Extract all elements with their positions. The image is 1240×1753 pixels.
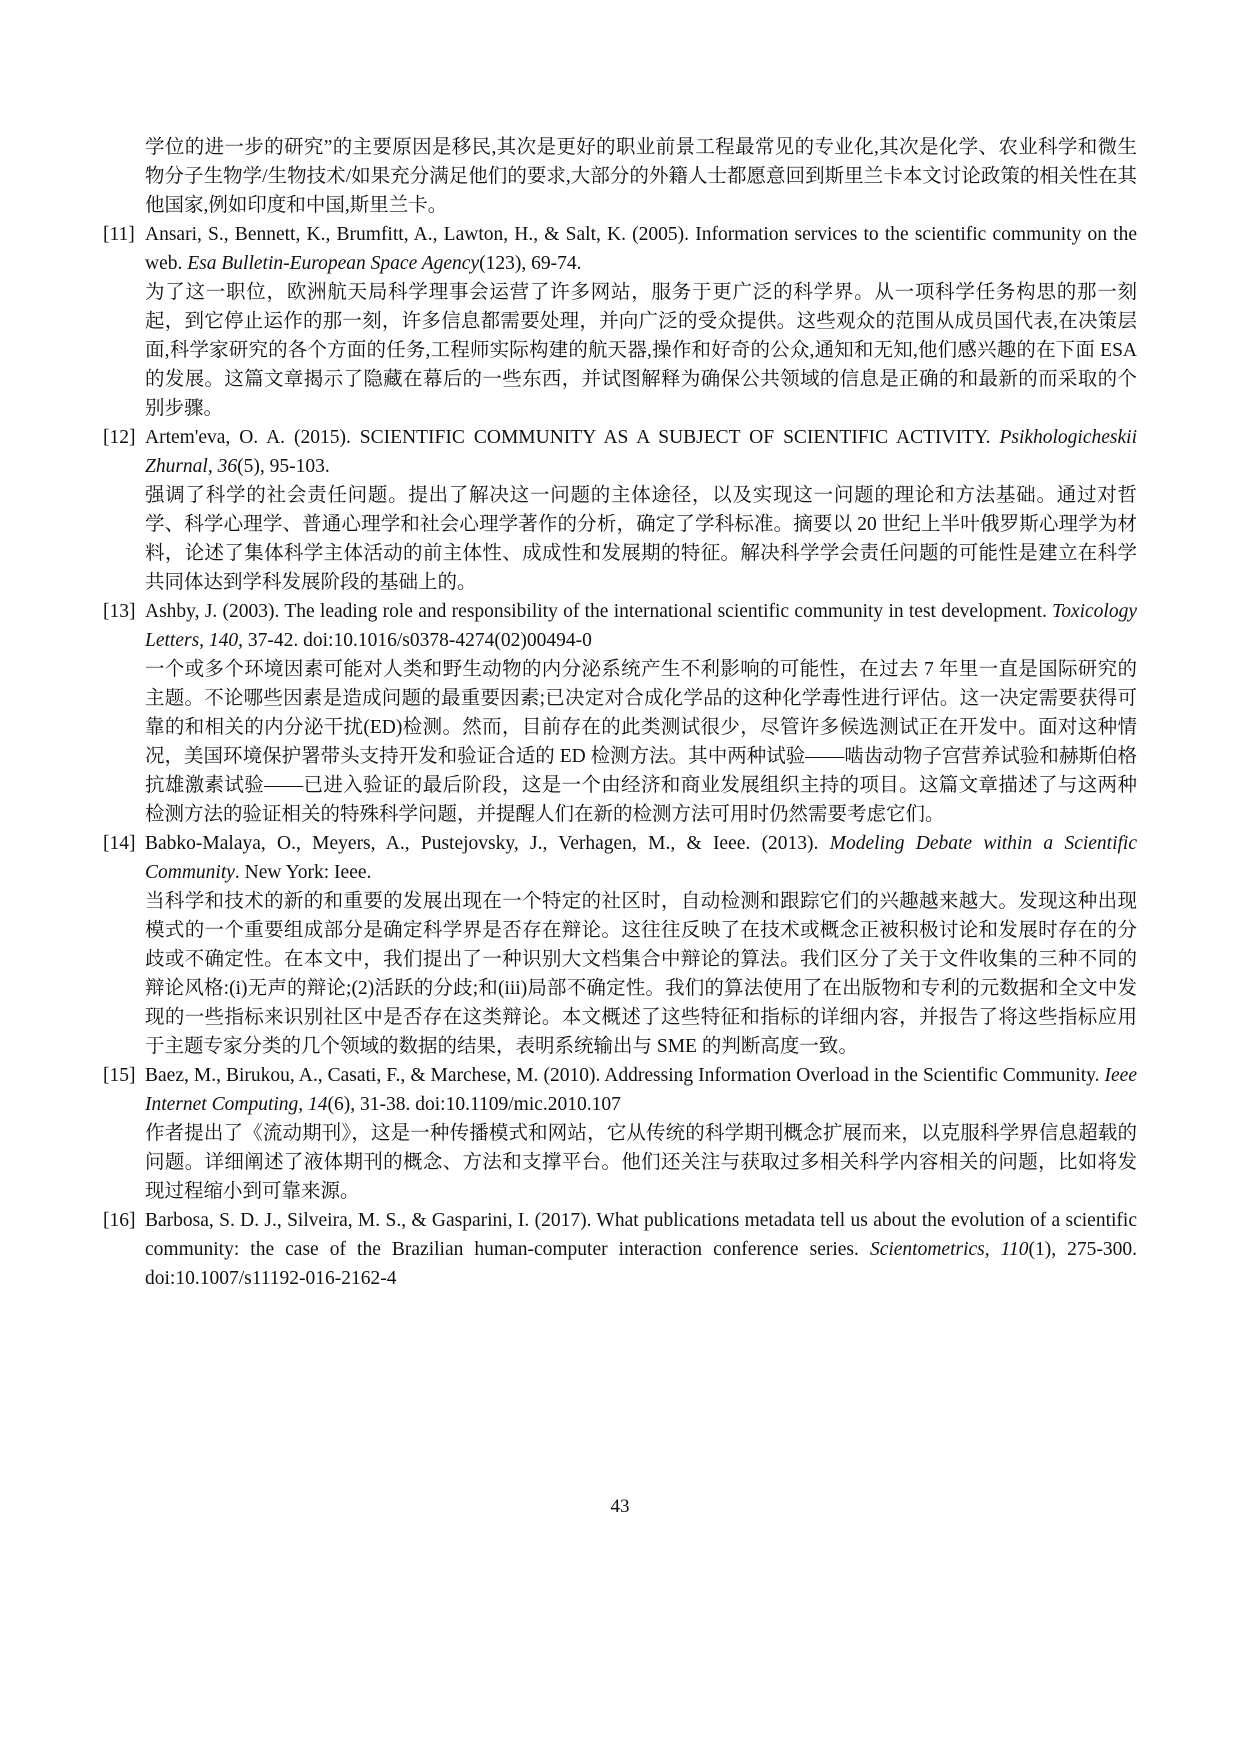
citation-text: Artem'eva, O. A. (2015). SCIENTIFIC COMM… [145,427,999,448]
citation-journal: Scientometrics, 110 [870,1239,1029,1260]
document-page: 学位的进一步的研究”的主要原因是移民,其次是更好的职业前景工程最常见的专业化,其… [103,133,1137,1293]
annotation-text: 一个或多个环境因素可能对人类和野生动物的内分泌系统产生不利影响的可能性，在过去 … [145,655,1137,829]
citation-journal: Esa Bulletin-European Space Agency [187,253,479,274]
citation-tail: (123), 69-74. [479,253,581,274]
reference-entry: [14]Babko-Malaya, O., Meyers, A., Pustej… [103,829,1137,887]
citation-tail: (6), 31-38. doi:10.1109/mic.2010.107 [328,1094,621,1115]
annotation-text: 当科学和技术的新的和重要的发展出现在一个特定的社区时，自动检测和跟踪它们的兴趣越… [145,887,1137,1061]
reference-number: [11] [103,220,145,249]
citation-text: Baez, M., Birukou, A., Casati, F., & Mar… [145,1065,1105,1086]
reference-entry: [11]Ansari, S., Bennett, K., Brumfitt, A… [103,220,1137,278]
annotation-text: 作者提出了《流动期刊》，这是一种传播模式和网站，它从传统的科学期刊概念扩展而来，… [145,1119,1137,1206]
annotation-text: 为了这一职位，欧洲航天局科学理事会运营了许多网站，服务于更广泛的科学界。从一项科… [145,278,1137,423]
reference-number: [12] [103,423,145,452]
reference-entry: [15]Baez, M., Birukou, A., Casati, F., &… [103,1061,1137,1119]
citation-tail: (5), 95-103. [237,456,330,477]
reference-number: [15] [103,1061,145,1090]
citation-tail: . New York: Ieee. [235,862,371,883]
reference-number: [16] [103,1206,145,1235]
citation-text: Ashby, J. (2003). The leading role and r… [145,601,1052,622]
reference-entry: [12]Artem'eva, O. A. (2015). SCIENTIFIC … [103,423,1137,481]
annotation-text: 强调了科学的社会责任问题。提出了解决这一问题的主体途径，以及实现这一问题的理论和… [145,481,1137,597]
reference-number: [13] [103,597,145,626]
continuation-paragraph: 学位的进一步的研究”的主要原因是移民,其次是更好的职业前景工程最常见的专业化,其… [145,133,1137,220]
citation-tail: , 37-42. doi:10.1016/s0378-4274(02)00494… [238,630,592,651]
page-number: 43 [0,1496,1240,1518]
reference-entry: [16]Barbosa, S. D. J., Silveira, M. S., … [103,1206,1137,1293]
reference-entry: [13]Ashby, J. (2003). The leading role a… [103,597,1137,655]
reference-number: [14] [103,829,145,858]
citation-text: Babko-Malaya, O., Meyers, A., Pustejovsk… [145,833,830,854]
